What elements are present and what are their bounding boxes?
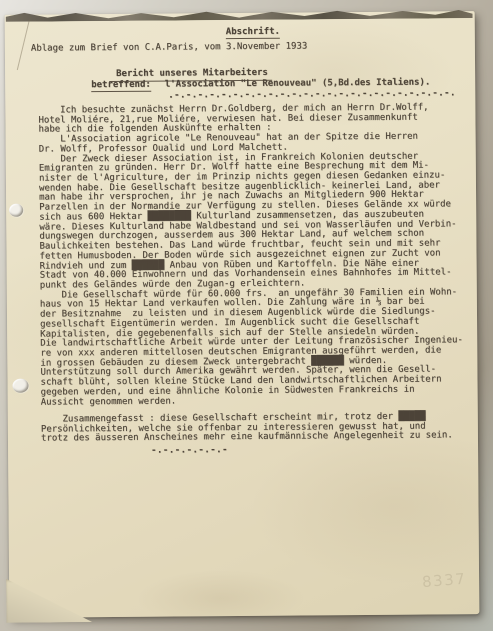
pencil-archive-number: 8337: [421, 570, 466, 591]
heading-separator: .-.-.-.-.-.-.-.-.-.-.-.-.-.-.-.-.-.-.-.-…: [168, 89, 456, 101]
scan-background: Abschrift. Ablage zum Brief von C.A.Pari…: [0, 0, 493, 631]
subject-value: l'Association "Le Renouveau" (5,Bd.des I…: [165, 78, 431, 90]
subject-label: betreffend:: [91, 80, 151, 92]
closing-separator: -.-.-.-.-.-.-: [151, 446, 228, 456]
document-title: Abschrift.: [226, 28, 280, 40]
document-page: Abschrift. Ablage zum Brief von C.A.Pari…: [5, 11, 480, 618]
torn-paper-edge: [6, 7, 473, 22]
punch-hole-top: [9, 204, 23, 217]
document-subtitle: Ablage zum Brief von C.A.Paris, vom 3.No…: [31, 42, 307, 54]
report-summary: Zusammengefasst : diese Gesellschaft ers…: [41, 412, 453, 444]
punch-hole-bottom: [12, 379, 28, 393]
report-body: Ich besuchte zunächst Herrn Dr.Goldberg,…: [38, 103, 463, 408]
folded-corner: [6, 578, 92, 623]
corner-crease: [17, 19, 30, 70]
